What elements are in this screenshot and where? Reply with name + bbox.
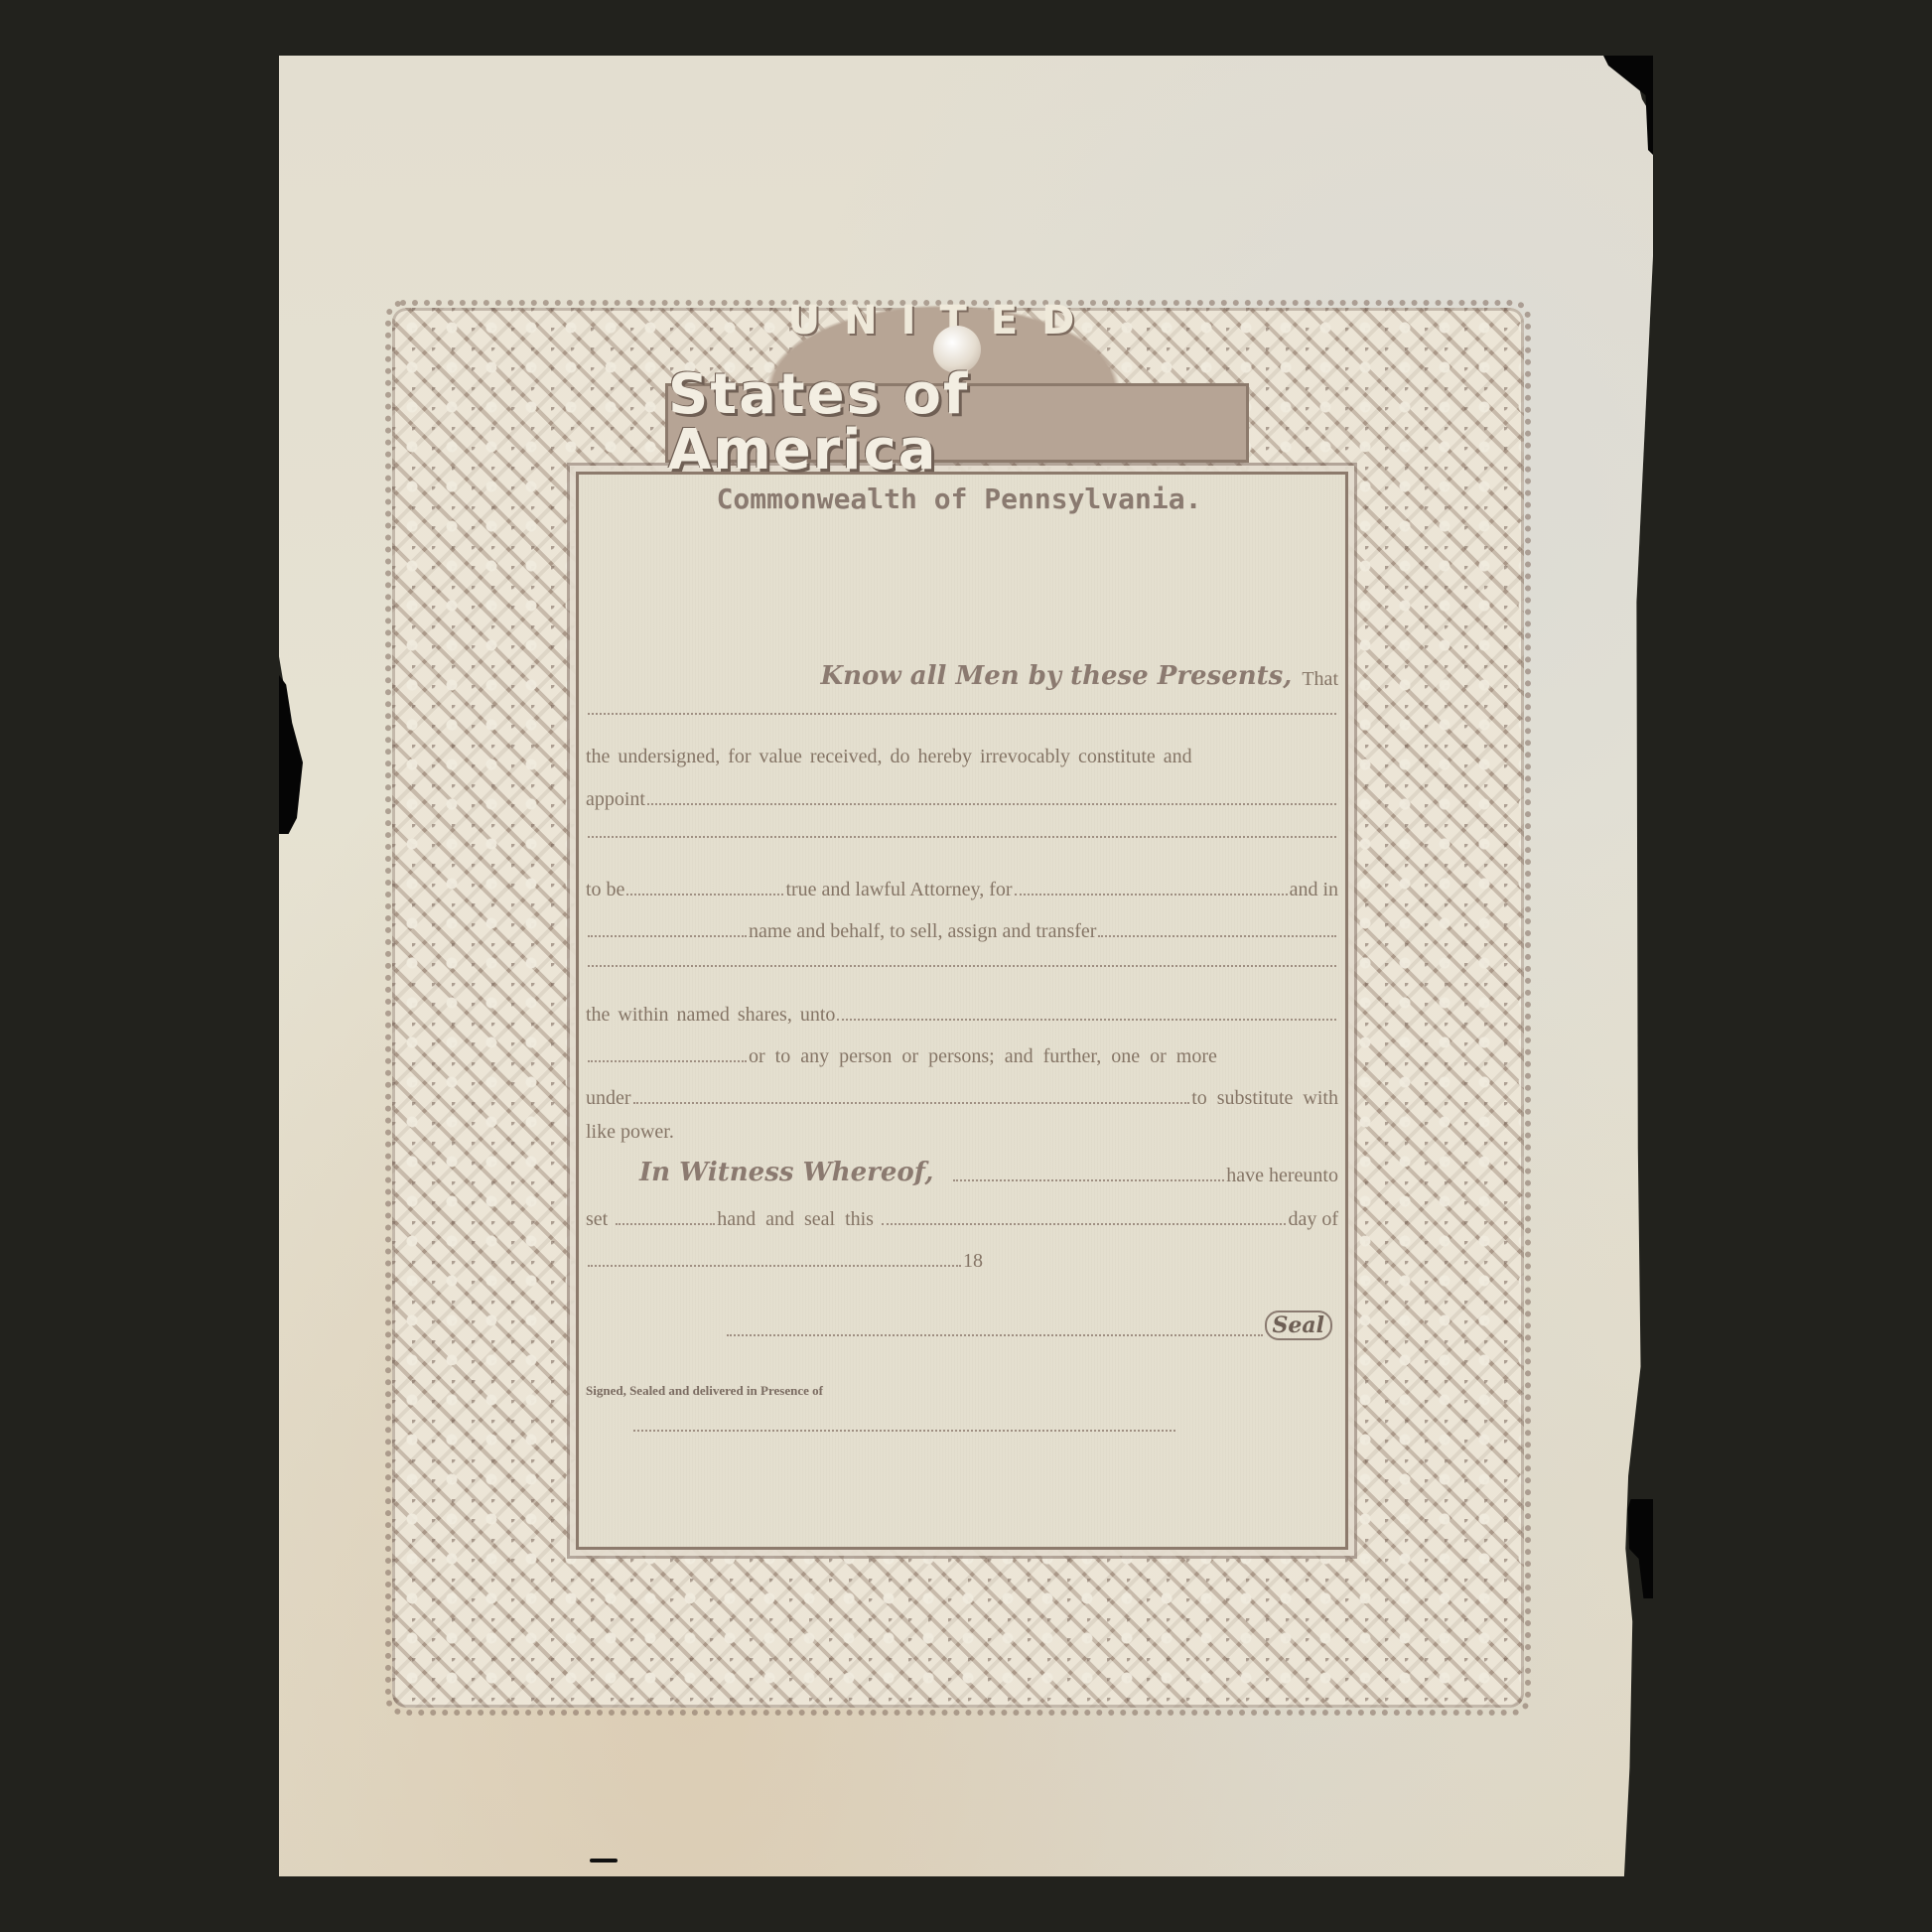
signature-line: Seal [725,1311,1332,1340]
witness-field[interactable] [953,1179,1224,1181]
persons-line: or to any person or persons; and further… [586,1046,1338,1066]
shares-blank-line[interactable] [586,965,1338,971]
unto-field[interactable] [837,1019,1336,1021]
banner-title: States of America [668,367,1246,479]
for-field[interactable] [1015,894,1288,896]
substitute-line: under to substitute with [586,1088,1338,1108]
appoint-line: appoint [586,789,1338,809]
persons-text: or to any person or persons; and further… [749,1046,1217,1066]
seal-stamp: Seal [1265,1311,1333,1340]
hand-seal-line: set hand and seal this day of [586,1209,1338,1229]
year-prefix: 18 [963,1251,983,1271]
transfer-field[interactable] [1098,935,1336,937]
appointee-blank-line[interactable] [586,836,1338,842]
intro-tail: That [1302,669,1338,689]
witness-signature-line[interactable] [631,1430,1177,1436]
set-field[interactable] [616,1223,715,1225]
shares-text: the within named shares, unto [586,1005,835,1025]
under-label: under [586,1088,631,1108]
year-line: 18 [586,1251,983,1271]
blank-field[interactable] [588,713,1336,715]
subtitle-commonwealth: Commonwealth of Pennsylvania. [576,483,1342,515]
name-blank-line[interactable] [586,713,1338,719]
intro-line: Know all Men by these Presents, That [586,663,1338,689]
signature-field[interactable] [727,1334,1263,1336]
presence-line: Signed, Sealed and delivered in Presence… [586,1384,1338,1397]
hereunto-text: have hereunto [1226,1166,1338,1185]
shares-line: the within named shares, unto [586,1005,1338,1025]
and-in-text: and in [1290,880,1338,899]
unto-continued-field[interactable] [588,1060,747,1062]
witness-signature-field[interactable] [633,1430,1175,1432]
undersigned-line: the undersigned, for value received, do … [586,747,1338,766]
intro-heading: Know all Men by these Presents, [821,663,1293,689]
attorney-line: to be true and lawful Attorney, for and … [586,880,1338,899]
blank-field[interactable] [588,965,1336,967]
edge-nick [590,1859,618,1863]
behalf-text: name and behalf, to sell, assign and tra… [749,921,1096,941]
set-label: set [586,1209,608,1229]
blank-field[interactable] [588,836,1336,838]
appoint-label: appoint [586,789,645,809]
behalf-field[interactable] [588,935,747,937]
attorney-text: true and lawful Attorney, for [785,880,1012,899]
day-field[interactable] [882,1223,1286,1225]
under-field[interactable] [633,1102,1190,1104]
pronoun-field[interactable] [626,894,783,896]
to-be-label: to be [586,880,624,899]
behalf-line: name and behalf, to sell, assign and tra… [586,921,1338,941]
like-power-text: like power. [586,1122,674,1142]
undersigned-text: the undersigned, for value received, do … [586,747,1192,766]
month-field[interactable] [588,1265,961,1267]
witness-line: In Witness Whereof, have hereunto [586,1160,1338,1185]
day-of-text: day of [1288,1209,1338,1229]
like-power-line: like power. [586,1122,1338,1142]
presence-text: Signed, Sealed and delivered in Presence… [586,1384,823,1397]
hand-seal-text: hand and seal this [717,1209,874,1229]
appoint-field[interactable] [647,803,1336,805]
witness-heading: In Witness Whereof, [639,1160,933,1185]
title-banner: States of America [665,383,1249,463]
substitute-text: to substitute with [1191,1088,1338,1108]
